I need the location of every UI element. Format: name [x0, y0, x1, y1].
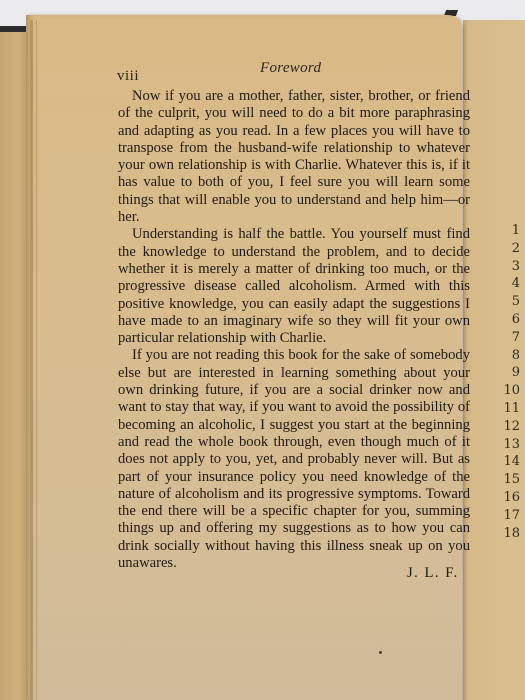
line-number: 13: [492, 436, 520, 454]
paragraph-3: If you are not reading this book for the…: [118, 347, 470, 572]
line-number: 12: [492, 418, 520, 436]
page-number: viii: [117, 68, 139, 85]
facing-page-line-numbers: 1 2 3 4 5 6 7 8 9 10 11 12 13 14 15 16 1…: [492, 222, 520, 542]
line-number: 10: [492, 382, 520, 400]
line-number: 4: [492, 275, 520, 293]
line-number: 16: [492, 489, 520, 507]
paragraph-1: Now if you are a mother, father, sister,…: [118, 88, 470, 226]
paper-speck: [379, 651, 382, 654]
page-body: Now if you are a mother, father, sister,…: [118, 88, 470, 572]
author-initials: J. L. F.: [407, 565, 459, 582]
page-gutter: [30, 20, 33, 700]
page-edge-line: [36, 20, 37, 700]
paragraph-2: Understanding is half the battle. You yo…: [118, 226, 470, 347]
line-number: 1: [492, 222, 520, 240]
line-number: 7: [492, 329, 520, 347]
line-number: 5: [492, 293, 520, 311]
chapter-title: Foreword: [260, 60, 321, 77]
line-number: 3: [492, 258, 520, 276]
line-number: 18: [492, 525, 520, 543]
line-number: 15: [492, 471, 520, 489]
line-number: 2: [492, 240, 520, 258]
running-head: viii Foreword: [117, 60, 467, 84]
line-number: 9: [492, 364, 520, 382]
book-binding-edge: [0, 26, 28, 32]
line-number: 6: [492, 311, 520, 329]
line-number: 8: [492, 347, 520, 365]
line-number: 17: [492, 507, 520, 525]
line-number: 11: [492, 400, 520, 418]
line-number: 14: [492, 453, 520, 471]
